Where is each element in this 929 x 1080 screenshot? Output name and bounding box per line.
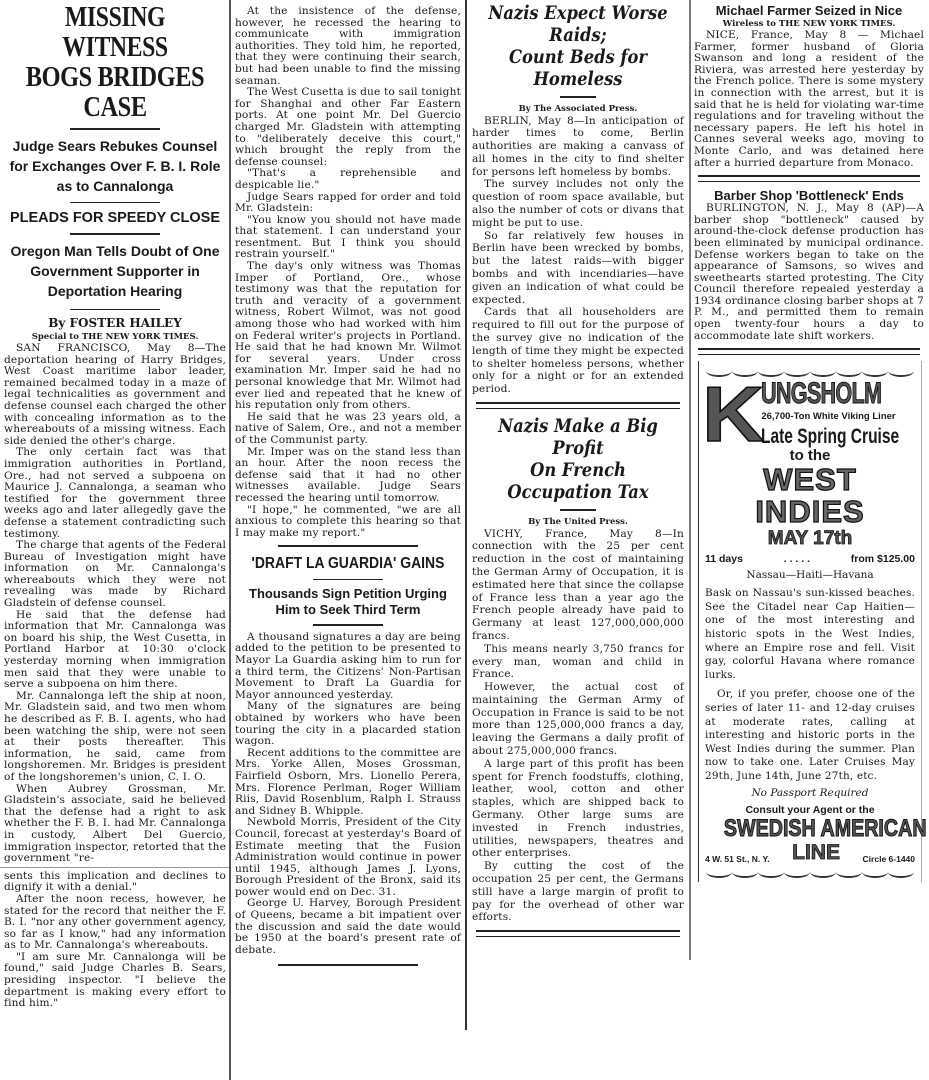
ship-description: 26,700-Ton White Viking Liner [761, 411, 929, 422]
paragraph: SAN FRANCISCO, May 8—The deportation hea… [4, 343, 226, 447]
divider [70, 202, 160, 204]
no-passport-note: No Passport Required [705, 787, 915, 799]
duration: 11 days [705, 553, 743, 565]
main-headline: MISSING WITNESS BOGS BRIDGES CASE [4, 0, 226, 122]
paragraph: Recent additions to the committee are Mr… [235, 748, 461, 818]
double-divider [698, 348, 920, 355]
deck-1: Judge Sears Rebukes Counsel for Exchange… [4, 136, 226, 196]
ports: Nassau—Haiti—Havana [705, 569, 915, 581]
headline-line-2: BOGS BRIDGES CASE [22, 62, 208, 122]
paragraph: Cards that all householders are required… [472, 306, 684, 396]
big-letter-k: K [702, 379, 764, 449]
paragraph: "That's a reprehensible and despicable l… [235, 168, 461, 191]
article-continuation: sents this implication and declines to d… [4, 871, 226, 1010]
divider [560, 509, 596, 511]
byline: By The Associated Press. [472, 104, 684, 114]
divider [560, 96, 596, 98]
double-divider [476, 402, 680, 409]
column-3: Nazis Expect Worse Raids; Count Beds for… [472, 0, 684, 943]
headline-line: On French Occupation Tax [487, 459, 669, 503]
paragraph: So far relatively few houses in Berlin h… [472, 230, 684, 307]
article-body: NICE, France, May 8 — Michael Farmer, fo… [694, 30, 924, 169]
paragraph: He said that the defense had information… [4, 610, 226, 691]
address: 4 W. 51 St., N. Y. [705, 854, 770, 864]
paragraph: A large part of this profit has been spe… [472, 758, 684, 860]
divider [313, 624, 383, 626]
paragraph: The charge that agents of the Federal Bu… [4, 540, 226, 610]
paragraph: This means nearly 3,750 francs for every… [472, 643, 684, 681]
price-line: 11 days . . . . . from $125.00 [705, 553, 915, 565]
dot-leader: . . . . . [784, 553, 810, 565]
continuation-rule [0, 867, 230, 868]
story-headline: Nazis Make a Big Profit On French Occupa… [487, 415, 669, 503]
paragraph: The survey includes not only the questio… [472, 178, 684, 229]
column-2: At the insistence of the defense, howeve… [235, 0, 461, 972]
paragraph: When Aubrey Grossman, Mr. Gladstein's as… [4, 784, 226, 865]
divider [278, 964, 418, 966]
paragraph: The West Cusetta is due to sail tonight … [235, 87, 461, 168]
article-body: SAN FRANCISCO, May 8—The deportation hea… [4, 343, 226, 865]
deck-3: Oregon Man Tells Doubt of One Government… [4, 241, 226, 301]
byline: By FOSTER HAILEY [4, 316, 226, 330]
dateline-credit: Special to THE NEW YORK TIMES. [4, 332, 226, 342]
article-body: BERLIN, May 8—In anticipation of harder … [472, 115, 684, 397]
article-body: A thousand signatures a day are being ad… [235, 632, 461, 957]
column-divider [689, 0, 691, 960]
paragraph: BERLIN, May 8—In anticipation of harder … [472, 115, 684, 179]
destination: WEST INDIES [705, 464, 915, 528]
divider [70, 309, 160, 311]
ad-header: K UNGSHOLM 26,700-Ton White Viking Liner… [705, 379, 915, 449]
column-divider [229, 0, 231, 1080]
paragraph: By cutting the cost of the occupation 25… [472, 860, 684, 924]
paragraph: Many of the signatures are being obtaine… [235, 701, 461, 747]
paragraph: sents this implication and declines to d… [4, 871, 226, 894]
headline-line: Count Beds for Homeless [487, 46, 669, 90]
price: from $125.00 [851, 553, 915, 565]
story-headline: Nazis Expect Worse Raids; Count Beds for… [487, 2, 669, 90]
company-footer: 4 W. 51 St., N. Y. LINE Circle 6-1440 [705, 842, 915, 864]
headline-line: Nazis Expect Worse Raids; [487, 2, 669, 46]
double-divider [698, 175, 920, 182]
wave-decoration [705, 866, 915, 878]
paragraph: VICHY, France, May 8—In connection with … [472, 528, 684, 643]
ad-copy: Bask on Nassau's sun-kissed beaches. See… [705, 587, 915, 783]
story-headline: 'DRAFT LA GUARDIA' GAINS [246, 555, 449, 573]
article-body: BURLINGTON, N. J., May 8 (AP)—A barber s… [694, 203, 924, 342]
cruise-title: Late Spring Cruise [761, 425, 899, 449]
story-deck: Thousands Sign Petition Urging Him to Se… [235, 586, 461, 618]
departure-date: MAY 17th [705, 528, 915, 550]
column-divider [465, 0, 467, 1030]
paragraph: The day's only witness was Thomas Imper … [235, 261, 461, 412]
story-headline: Barber Shop 'Bottleneck' Ends [694, 188, 924, 203]
column-4: Michael Farmer Seized in Nice Wireless t… [694, 0, 924, 882]
byline: By The United Press. [472, 517, 684, 527]
paragraph: The only certain fact was that immigrati… [4, 447, 226, 540]
paragraph: "I hope," he commented, "we are all anxi… [235, 505, 461, 540]
divider [313, 579, 383, 581]
ship-name: UNGSHOLM [761, 379, 895, 409]
paragraph: However, the actual cost of maintaining … [472, 681, 684, 758]
divider [70, 128, 160, 130]
paragraph: Mr. Imper was on the stand less than an … [235, 447, 461, 505]
divider [278, 545, 418, 547]
article-jump: At the insistence of the defense, howeve… [235, 6, 461, 539]
paragraph: "I am sure Mr. Cannalonga will be found,… [4, 952, 226, 1010]
paragraph: NICE, France, May 8 — Michael Farmer, fo… [694, 30, 924, 169]
divider [70, 233, 160, 235]
paragraph: A thousand signatures a day are being ad… [235, 632, 461, 702]
kungsholm-advertisement: K UNGSHOLM 26,700-Ton White Viking Liner… [698, 361, 922, 881]
company-name: SWEDISH AMERICAN [724, 816, 896, 842]
paragraph: BURLINGTON, N. J., May 8 (AP)—A barber s… [694, 203, 924, 342]
line-word: LINE [792, 842, 840, 864]
headline-line: Nazis Make a Big Profit [487, 415, 669, 459]
column-1: MISSING WITNESS BOGS BRIDGES CASE Judge … [4, 0, 226, 1010]
paragraph: He said that he was 23 years old, a nati… [235, 412, 461, 447]
phone: Circle 6-1440 [863, 854, 915, 864]
deck-2: PLEADS FOR SPEEDY CLOSE [4, 209, 226, 227]
paragraph: At the insistence of the defense, howeve… [235, 6, 461, 87]
paragraph: Mr. Cannalonga left the ship at noon, Mr… [4, 691, 226, 784]
paragraph: Or, if you prefer, choose one of the ser… [705, 688, 915, 783]
paragraph: Judge Sears rapped for order and told Mr… [235, 192, 461, 215]
paragraph: Newbold Morris, President of the City Co… [235, 817, 461, 898]
paragraph: George U. Harvey, Borough President of Q… [235, 898, 461, 956]
headline-line-1: MISSING WITNESS [24, 2, 206, 62]
paragraph: After the noon recess, however, he state… [4, 894, 226, 952]
double-divider [476, 930, 680, 937]
paragraph: Bask on Nassau's sun-kissed beaches. See… [705, 587, 915, 682]
paragraph: "You know you should not have made that … [235, 215, 461, 261]
story-headline: Michael Farmer Seized in Nice [694, 3, 924, 18]
dateline-credit: Wireless to THE NEW YORK TIMES. [694, 19, 924, 29]
article-body: VICHY, France, May 8—In connection with … [472, 528, 684, 925]
